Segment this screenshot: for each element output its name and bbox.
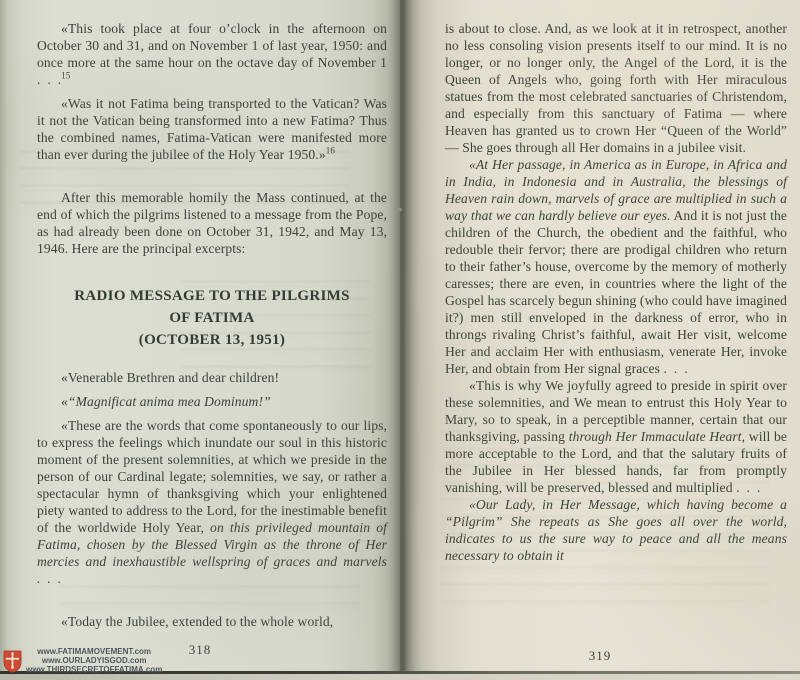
right-page: is about to close. And, as we look at it… [400, 0, 800, 680]
text-run: «Today the Jubilee, extended to the whol… [61, 614, 333, 629]
footnote-reference: 15 [61, 70, 70, 80]
paragraph: «This is why We joyfully agreed to presi… [445, 377, 787, 496]
paragraph: «This took place at four o’clock in the … [37, 20, 387, 88]
footnote-reference: 16 [326, 145, 335, 155]
right-page-text: is about to close. And, as we look at it… [445, 20, 787, 564]
right-page-number: 319 [400, 648, 800, 664]
left-page: «This took place at four o’clock in the … [0, 0, 400, 680]
paragraph: «These are the words that come spontaneo… [37, 417, 387, 587]
text-run: RADIO MESSAGE TO THE PILGRIMS OF FATIMA … [74, 288, 349, 348]
paragraph: After this memorable homily the Mass con… [37, 189, 387, 257]
watermark: www.FATIMAMOVEMENT.com www.OURLADYISGOD.… [3, 647, 162, 674]
crest-shield-icon [3, 650, 22, 673]
watermark-url: www.OURLADYISGOD.com [42, 656, 147, 665]
text-run: “Magnificat anima mea Dominum!” [68, 394, 271, 409]
text-run: «This took place at four o’clock in the … [37, 21, 387, 87]
paragraph: «“Magnificat anima mea Dominum!” [37, 393, 387, 410]
paragraph: «Venerable Brethren and dear children! [37, 369, 387, 386]
paragraph: is about to close. And, as we look at it… [445, 20, 787, 156]
watermark-url: www.THIRDSECRETOFFATIMA.com [26, 665, 162, 674]
paragraph: «Our Lady, in Her Message, which having … [445, 496, 787, 564]
text-run: « [61, 394, 68, 409]
text-run: «Our Lady, in Her Message, which having … [445, 497, 787, 563]
watermark-urls: www.FATIMAMOVEMENT.com www.OURLADYISGOD.… [26, 647, 162, 674]
watermark-url: www.FATIMAMOVEMENT.com [37, 647, 151, 656]
text-run: And it is not just the children of the C… [445, 208, 787, 376]
paragraph: «At Her passage, in America as in Europe… [445, 156, 787, 377]
text-run: is about to close. And, as we look at it… [445, 21, 787, 155]
text-run: After this memorable homily the Mass con… [37, 190, 387, 256]
section-heading: RADIO MESSAGE TO THE PILGRIMS OF FATIMA … [37, 285, 387, 351]
text-run: through Her Immaculate Heart [569, 429, 742, 444]
text-run: «These are the words that come spontaneo… [37, 418, 387, 535]
book-spread: «This took place at four o’clock in the … [0, 0, 800, 680]
left-page-text: «This took place at four o’clock in the … [37, 20, 387, 630]
text-run: «Venerable Brethren and dear children! [61, 370, 279, 385]
paragraph: «Was it not Fatima being transported to … [37, 95, 387, 163]
book-bottom-edge [0, 673, 800, 680]
paragraph: «Today the Jubilee, extended to the whol… [37, 613, 387, 630]
